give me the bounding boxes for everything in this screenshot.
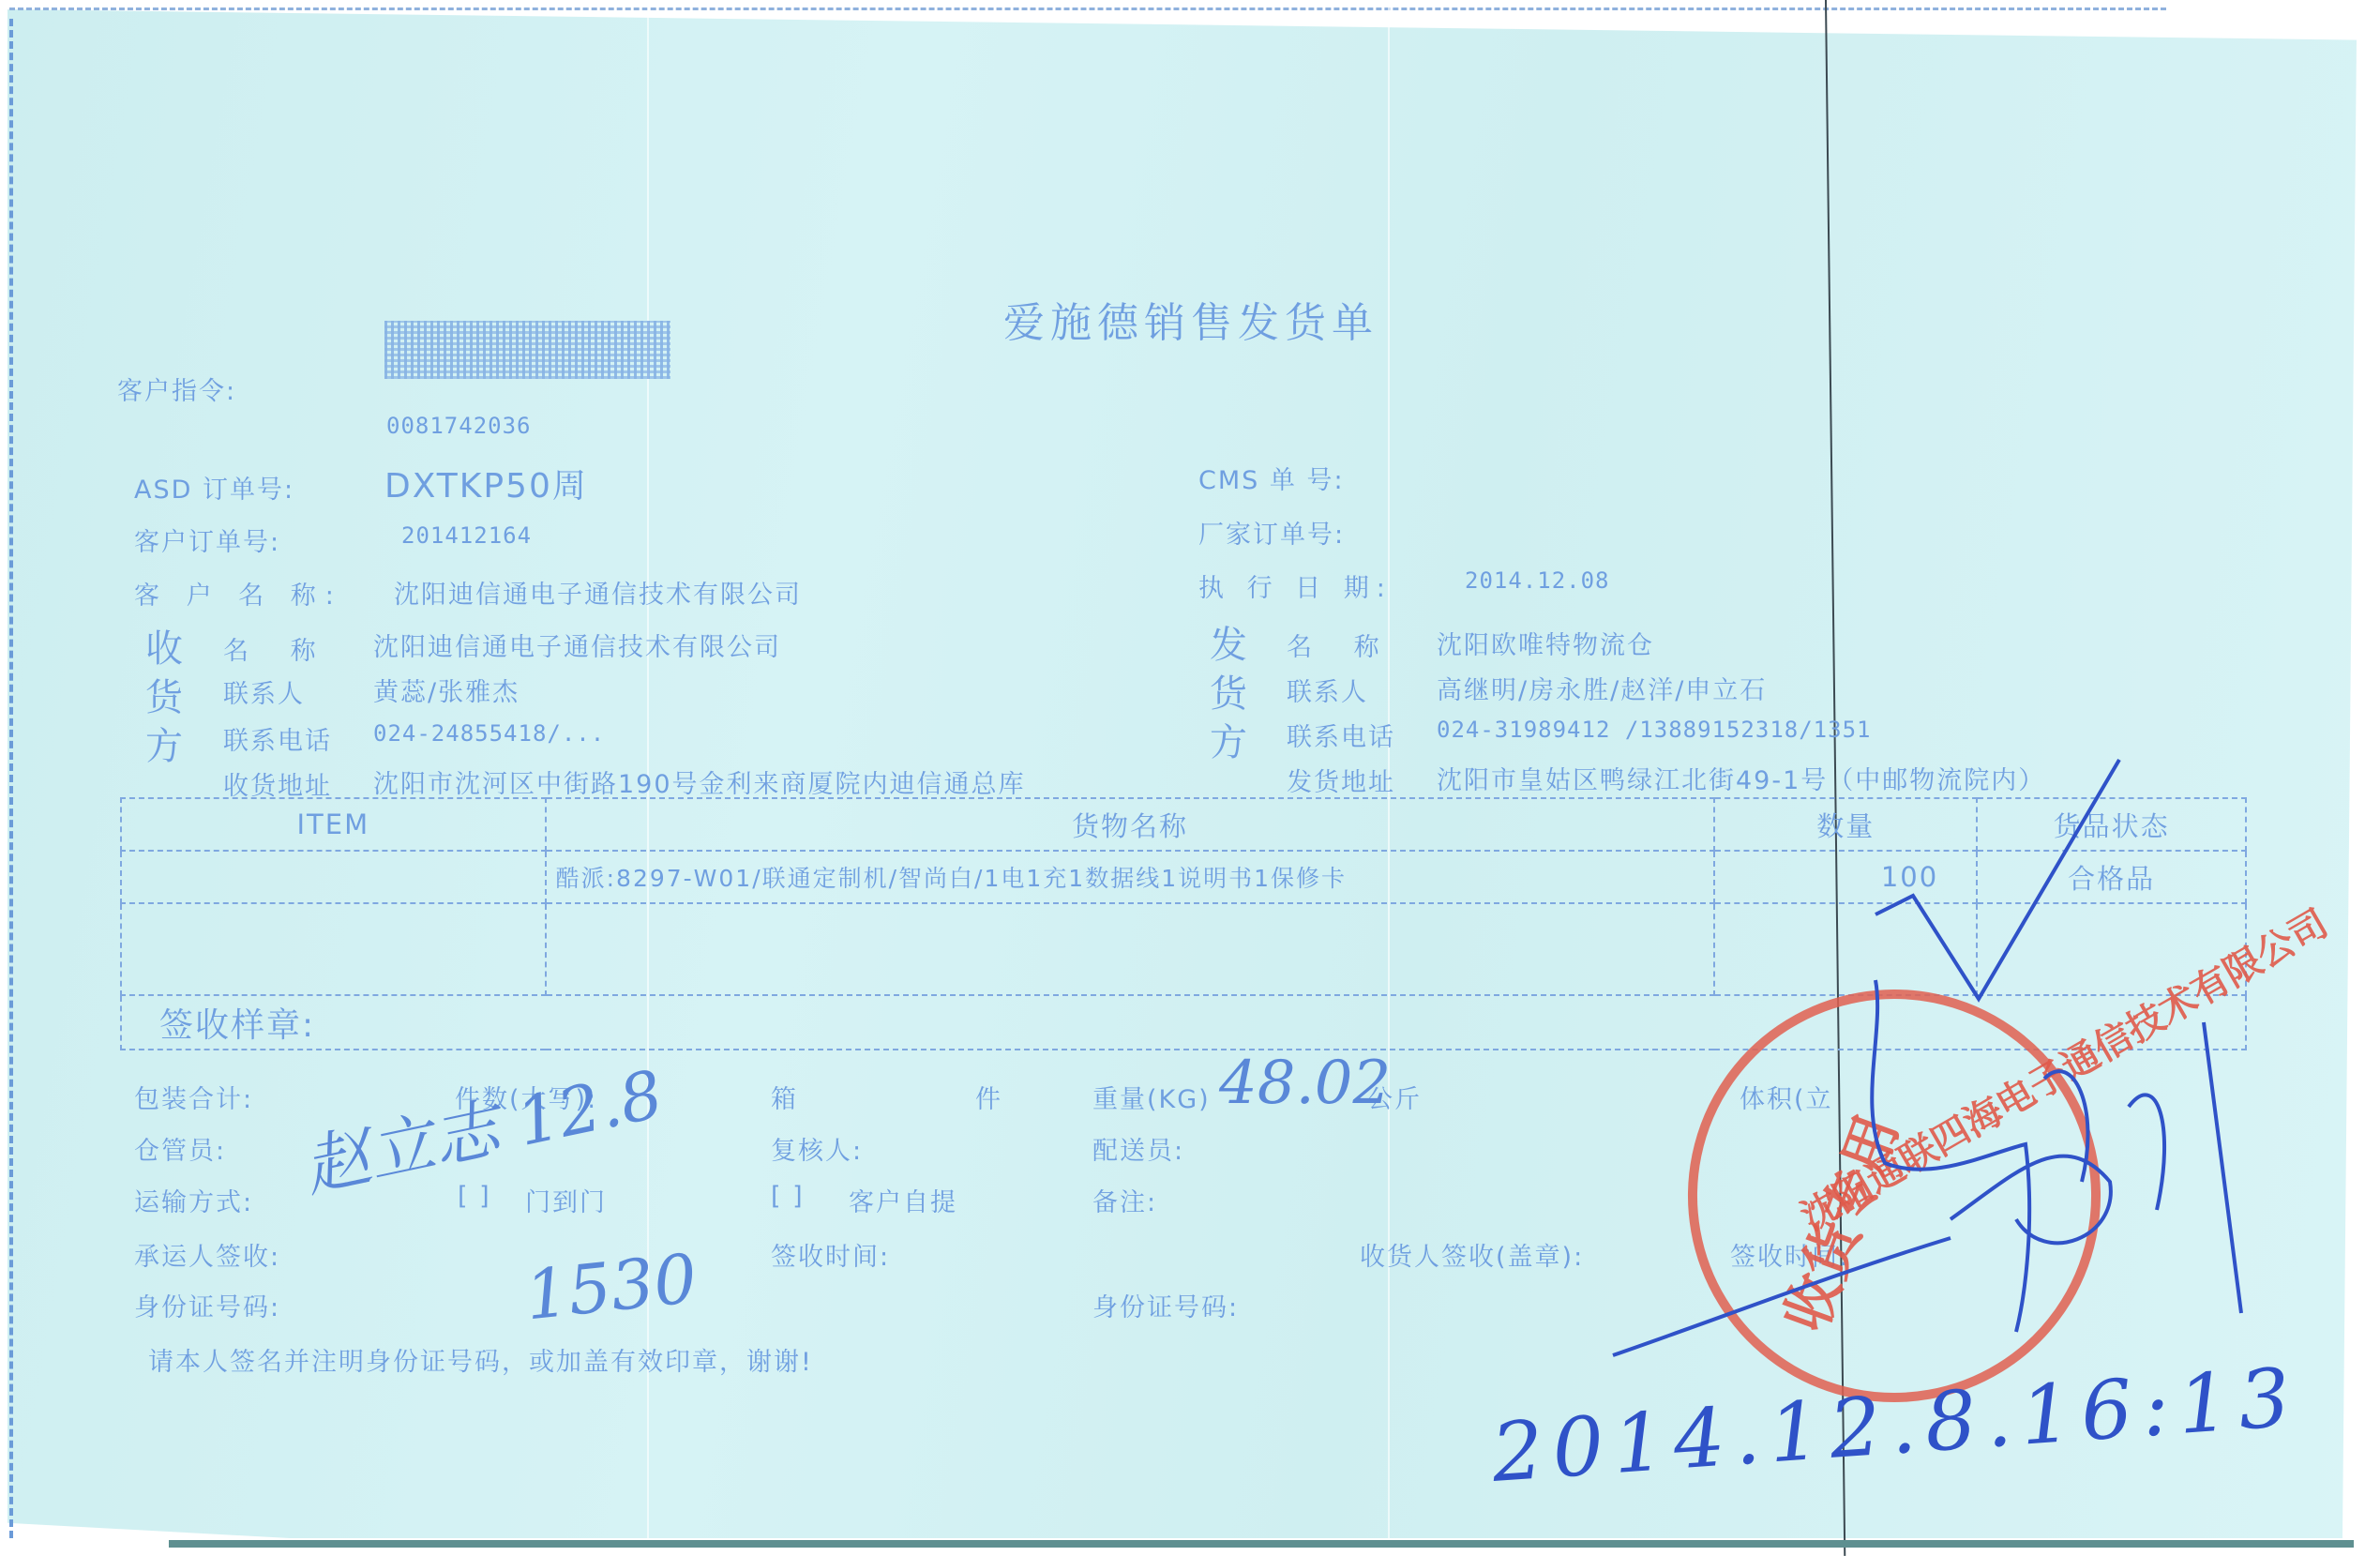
signature-stroke [1613, 1238, 1951, 1355]
checkmark-icon [1875, 760, 2119, 999]
signature-stroke [1872, 980, 2029, 1332]
signature-stroke [2044, 1022, 2241, 1313]
handwritten-strokes [0, 0, 2380, 1556]
